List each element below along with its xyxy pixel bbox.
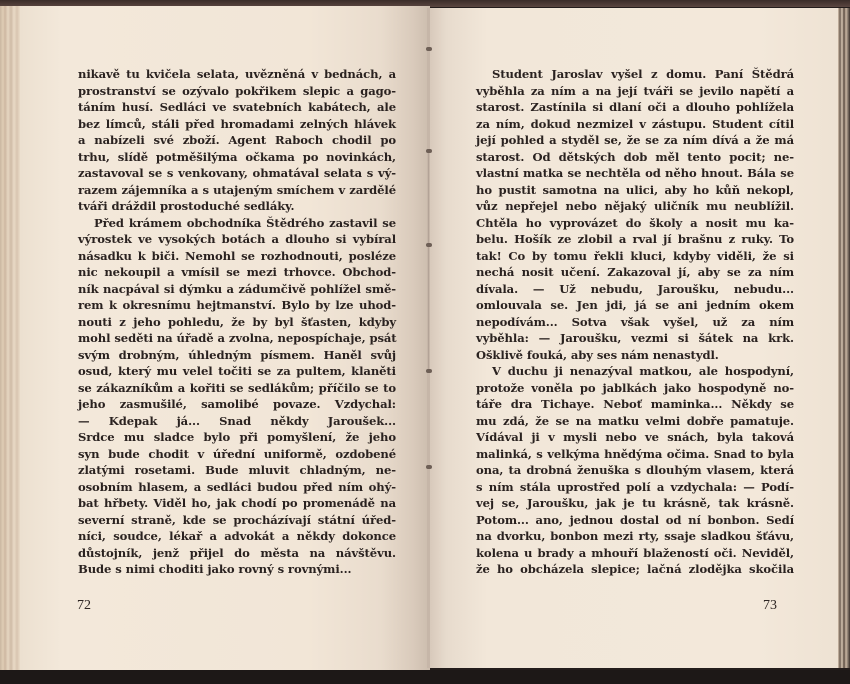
text-line: rem k okresnímu hejtmanství. Bylo by lze… bbox=[78, 297, 396, 314]
text-line: Vídával ji v mysli nebo ve snách, byla t… bbox=[476, 429, 794, 446]
text-line: zlatými rosetami. Bude mluvit chladným, … bbox=[78, 462, 396, 479]
text-line: — Kdepak já... Snad někdy Jaroušek... bbox=[78, 413, 396, 430]
right-page-edges bbox=[838, 8, 850, 668]
text-line: její pohled a styděl se, že se za ním dí… bbox=[476, 132, 794, 149]
text-line: Bude s nimi choditi jako rovný s rovnými… bbox=[78, 561, 396, 578]
text-line: malinká, s velkýma hnědýma očima. Snad t… bbox=[476, 446, 794, 463]
text-line: výrostek ve vysokých botách a dlouho si … bbox=[78, 231, 396, 248]
page-number-left: 72 bbox=[77, 598, 91, 614]
text-line: Chtěla ho vyprovázet do školy a nosit mu… bbox=[476, 215, 794, 232]
text-line: mu zdá, že se na matku velmi dobře pamat… bbox=[476, 413, 794, 430]
text-line: na dvorku, bonbon mezi rty, ssaje sladko… bbox=[476, 528, 794, 545]
text-line: zastavoval se s venkovany, ohmatával sel… bbox=[78, 165, 396, 182]
text-line: osobním hlasem, a sedláci budou před ním… bbox=[78, 479, 396, 496]
text-line: protože voněla po jablkách jako hospodyn… bbox=[476, 380, 794, 397]
text-line: ona, ta drobná ženuška s dlouhým vlasem,… bbox=[476, 462, 794, 479]
binding-stitch bbox=[426, 47, 432, 51]
binding-stitch bbox=[426, 369, 432, 373]
text-line: razem zájemníka a s utajeným smíchem v z… bbox=[78, 182, 396, 199]
text-line: násadku k biči. Nemohl se rozhodnouti, p… bbox=[78, 248, 396, 265]
text-line: kolena u brady a mhouří blažeností oči. … bbox=[476, 545, 794, 562]
text-line: Student Jaroslav vyšel z domu. Paní Štěd… bbox=[476, 66, 794, 83]
text-line: vyběhla: — Jaroušku, vezmi si šátek na k… bbox=[476, 330, 794, 347]
text-line: dívala. — Už nebudu, Jaroušku, nebudu... bbox=[476, 281, 794, 298]
text-line: jeho zasmušilé, samolibé povaze. Vzdycha… bbox=[78, 396, 396, 413]
text-line: starost. Zastínila si dlaní oči a dlouho… bbox=[476, 99, 794, 116]
left-page-edges bbox=[0, 6, 22, 670]
text-line: V duchu ji nenazýval matkou, ale hospody… bbox=[476, 363, 794, 380]
text-line: důstojník, jenž přijel do města na návšt… bbox=[78, 545, 396, 562]
text-line: ho pustit samotna na ulici, aby ho kůň n… bbox=[476, 182, 794, 199]
text-line: mohl seděti na úřadě a zvolna, nepospích… bbox=[78, 330, 396, 347]
text-line: Před krámem obchodníka Štědrého zastavil… bbox=[78, 215, 396, 232]
text-line: Srdce mu sladce bylo při pomyšlení, že j… bbox=[78, 429, 396, 446]
text-line: že ho obcházela slepice; lačná zlodějka … bbox=[476, 561, 794, 578]
text-line: se zákazníkům a kořiti se sedlákům; příč… bbox=[78, 380, 396, 397]
text-line: trhu, slídě potměšilýma očkama po novink… bbox=[78, 149, 396, 166]
text-line: ník nacpával si dýmku a zádumčivě pohlíž… bbox=[78, 281, 396, 298]
text-line: severní straně, kde se procházívají stát… bbox=[78, 512, 396, 529]
text-line: nic nekoupil a vmísil se mezi trhovce. O… bbox=[78, 264, 396, 281]
text-line: tak! Co by tomu řekli kluci, kdyby viděl… bbox=[476, 248, 794, 265]
right-page-text: Student Jaroslav vyšel z domu. Paní Štěd… bbox=[476, 66, 794, 578]
text-line: vej se, Jaroušku, jak je tu krásně, tak … bbox=[476, 495, 794, 512]
text-line: syn bude chodit v úřední uniformě, ozdob… bbox=[78, 446, 396, 463]
text-line: osud, který mu velel točiti se za pultem… bbox=[78, 363, 396, 380]
text-line: Potom... ano, jednou dostal od ní bonbon… bbox=[476, 512, 794, 529]
text-line: nepodívám... Sotva však vyšel, už za ním bbox=[476, 314, 794, 331]
text-line: nechá nosit učení. Zakazoval jí, aby se … bbox=[476, 264, 794, 281]
text-line: a nabízeli své zboží. Agent Raboch chodi… bbox=[78, 132, 396, 149]
text-line: táním husí. Sedláci ve svatebních kabáte… bbox=[78, 99, 396, 116]
text-line: za ním, dokud nezmizel v zástupu. Studen… bbox=[476, 116, 794, 133]
text-line: nouti z jeho pohledu, že by byl šťasten,… bbox=[78, 314, 396, 331]
text-line: nikavě tu kvičela selata, uvězněná v bed… bbox=[78, 66, 396, 83]
text-line: vlastní matka se nechtěla od něho hnout.… bbox=[476, 165, 794, 182]
text-line: starost. Od dětských dob měl tento pocit… bbox=[476, 149, 794, 166]
book-spread: nikavě tu kvičela selata, uvězněná v bed… bbox=[0, 0, 850, 684]
text-line: svým drobným, úhledným písmem. Haněl svů… bbox=[78, 347, 396, 364]
text-line: vyběhla za ním a na její tváři se jevilo… bbox=[476, 83, 794, 100]
text-line: s ním stála uprostřed polí a vzdychala: … bbox=[476, 479, 794, 496]
bottom-edge-shadow bbox=[0, 670, 850, 684]
left-page-text: nikavě tu kvičela selata, uvězněná v bed… bbox=[78, 66, 396, 578]
binding-thread bbox=[428, 150, 429, 370]
binding-stitch bbox=[426, 465, 432, 469]
text-line: bez límců, stáli před hromadami zelných … bbox=[78, 116, 396, 133]
binding-stitch bbox=[426, 243, 432, 247]
text-line: prostranství se ozývalo pokřikem slepic … bbox=[78, 83, 396, 100]
text-line: omlouvala se. Jen jdi, já se ani jedním … bbox=[476, 297, 794, 314]
text-line: belu. Hošík ze zlobil a rval jí brašnu z… bbox=[476, 231, 794, 248]
text-line: Ošklivě fouká, aby ses nám nenastydl. bbox=[476, 347, 794, 364]
binding-stitch bbox=[426, 149, 432, 153]
text-line: vůz nepřejel nebo nějaký uličník mu neub… bbox=[476, 198, 794, 215]
text-line: níci, soudce, lékař a advokát a někdy do… bbox=[78, 528, 396, 545]
text-line: tváři dráždil prostoduché sedláky. bbox=[78, 198, 396, 215]
text-line: bat hřbety. Viděl ho, jak chodí po prome… bbox=[78, 495, 396, 512]
text-line: táře dra Tichaye. Neboť maminka... Někdy… bbox=[476, 396, 794, 413]
page-number-right: 73 bbox=[763, 598, 777, 614]
